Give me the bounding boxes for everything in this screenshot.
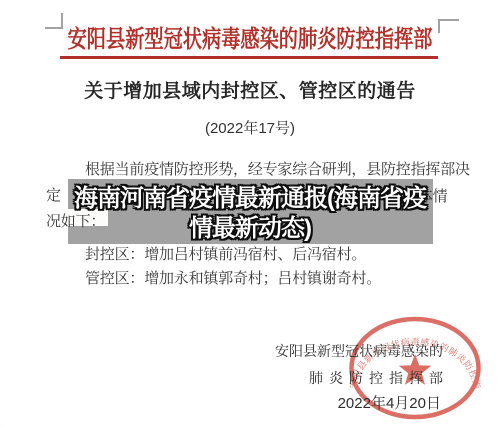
notice-number: (2022年17号)	[0, 117, 500, 138]
signature-line-2: 肺炎防控指挥部	[309, 368, 449, 388]
overlay-caption-title: 海南河南省疫情最新通报(海南省疫 情最新动态)	[55, 184, 445, 244]
letterhead-underline	[60, 56, 438, 59]
overlay-caption-line-2: 情最新动态)	[55, 214, 445, 244]
document-photo: 安阳县新型冠状病毒感染的肺炎防控指挥部 关于增加县域内封控区、管控区的通告 (2…	[0, 0, 500, 427]
signature-date: 2022年4月20日	[338, 392, 441, 413]
guankong-zone-line: 管控区：增加永和镇郭奇村；吕村镇谢奇村。	[85, 267, 381, 288]
signature-line-1: 安阳县新型冠状病毒感染的	[275, 341, 443, 361]
letterhead-title: 安阳县新型冠状病毒感染的肺炎防控指挥部	[50, 19, 450, 54]
paragraph-line-1: 根据当前疫情防控形势，经专家综合研判，县防控指挥部决	[85, 158, 470, 179]
fengkong-zone-line: 封控区：增加吕村镇前冯宿村、后冯宿村。	[85, 243, 366, 264]
overlay-caption-line-1: 海南河南省疫情最新通报(海南省疫	[55, 184, 445, 214]
notice-title: 关于增加县域内封控区、管控区的通告	[0, 76, 500, 103]
